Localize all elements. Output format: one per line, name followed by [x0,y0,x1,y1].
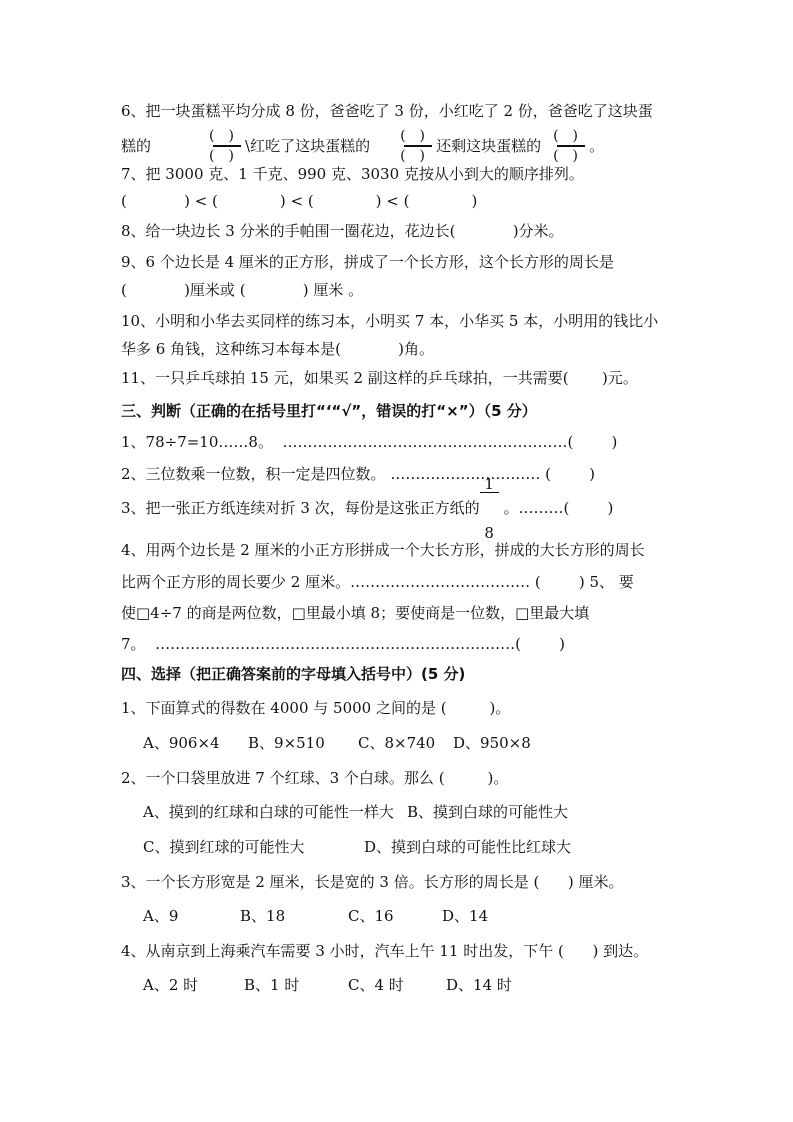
choice-2-option-c[interactable]: C、摸到红球的可能性大 [143,837,304,857]
choice-3-option-c[interactable]: C、16 [348,906,394,926]
choice-question-4: 4、从南京到上海乘汽车需要 3 小时，汽车上午 11 时出发，下午 ( ) 到达… [121,941,648,961]
choice-3-option-d[interactable]: D、14 [442,906,488,926]
judgment-item-3-end: 。………( ) [499,498,614,518]
choice-2-option-a[interactable]: A、摸到的红球和白球的可能性一样大 [143,802,394,822]
question-6-line-2: 糕的 ()() \红吃了这块蛋糕的 ()() 还剩这块蛋糕的 ()() 。 [121,129,604,163]
choice-4-option-b[interactable]: B、1 时 [244,975,299,995]
judgment-item-3: 3、把一张正方纸连续对折 3 次，每份是这张正方纸的 1 8 。………( ) [121,490,613,526]
question-6-text-a: 糕的 [121,136,151,156]
judgment-item-5-line-1: 使□4÷7 的商是两位数，□里最小填 8；要使商是一位数，□里最大填 [121,603,589,623]
choice-3-option-a[interactable]: A、9 [143,906,178,926]
question-9-line-2: ( )厘米或 ( ) 厘米 。 [121,280,363,300]
choice-1-option-b[interactable]: B、9×510 [248,733,325,753]
choice-question-1: 1、下面算式的得数在 4000 与 5000 之间的是 ( )。 [121,698,510,718]
choice-2-option-b[interactable]: B、摸到白球的可能性大 [407,802,568,822]
judgment-item-5-line-2: 7。 ………………………………………………………………( ) [121,634,565,654]
question-6-text-b: \红吃了这块蛋糕的 [245,136,370,156]
fraction-blank-3[interactable]: ()() [553,129,589,163]
choice-question-3: 3、一个长方形宽是 2 厘米，长是宽的 3 倍。长方形的周长是 ( ) 厘米。 [121,872,624,892]
choice-1-option-d[interactable]: D、950×8 [453,733,531,753]
question-10-line-1: 10、小明和小华去买同样的练习本，小明买 7 本，小华买 5 本，小明用的钱比小 [121,311,658,331]
fraction-blank-2[interactable]: ()() [400,129,436,163]
fraction-blank-1[interactable]: ()() [209,129,245,163]
choice-1-option-c[interactable]: C、8×740 [358,733,435,753]
judgment-item-2: 2、三位数乘一位数，积一定是四位数。 ………………………… ( ) [121,464,595,484]
choice-2-option-d[interactable]: D、摸到白球的可能性比红球大 [364,837,571,857]
question-7: 7、把 3000 克、1 千克、990 克、3030 克按从小到大的顺序排列。 [121,164,584,184]
section-3-title: 三、判断（正确的在括号里打“‘“√”，错误的打“×”）（5 分） [121,401,537,421]
question-11: 11、一只乒乓球拍 15 元，如果买 2 副这样的乒乓球拍，一共需要( )元。 [121,368,638,388]
choice-4-option-a[interactable]: A、2 时 [143,975,198,995]
choice-3-option-b[interactable]: B、18 [240,906,285,926]
judgment-item-4-line-2: 比两个正方形的周长要少 2 厘米。……………………………… ( ) 5、 要 [121,572,634,592]
choice-1-option-a[interactable]: A、906×4 [143,733,220,753]
judgment-item-4-line-1: 4、用两个边长是 2 厘米的小正方形拼成一个大长方形，拼成的大长方形的周长 [121,540,645,560]
question-7-order-blanks[interactable]: ( ) < ( ) < ( ) < ( ) [121,191,477,211]
judgment-item-3-text: 3、把一张正方纸连续对折 3 次，每份是这张正方纸的 [121,498,480,518]
question-6-text-c: 还剩这块蛋糕的 [436,136,541,156]
question-8: 8、给一块边长 3 分米的手帕围一圈花边，花边长( )分米。 [121,221,564,241]
choice-question-2: 2、一个口袋里放进 7 个红球、3 个白球。那么 ( )。 [121,768,508,788]
question-9-line-1: 9、6 个边长是 4 厘米的正方形，拼成了一个长方形，这个长方形的周长是 [121,252,614,272]
choice-4-option-c[interactable]: C、4 时 [348,975,404,995]
choice-4-option-d[interactable]: D、14 时 [446,975,512,995]
judgment-item-1: 1、78÷7=10……8。 …………………………………………………( ) [121,432,617,452]
section-4-title: 四、选择（把正确答案前的字母填入括号中）(5 分) [121,664,465,684]
question-6-line-1: 6、把一块蛋糕平均分成 8 份，爸爸吃了 3 份，小红吃了 2 份，爸爸吃了这块… [121,101,653,121]
question-10-line-2: 华多 6 角钱，这种练习本每本是( )角。 [121,339,434,359]
